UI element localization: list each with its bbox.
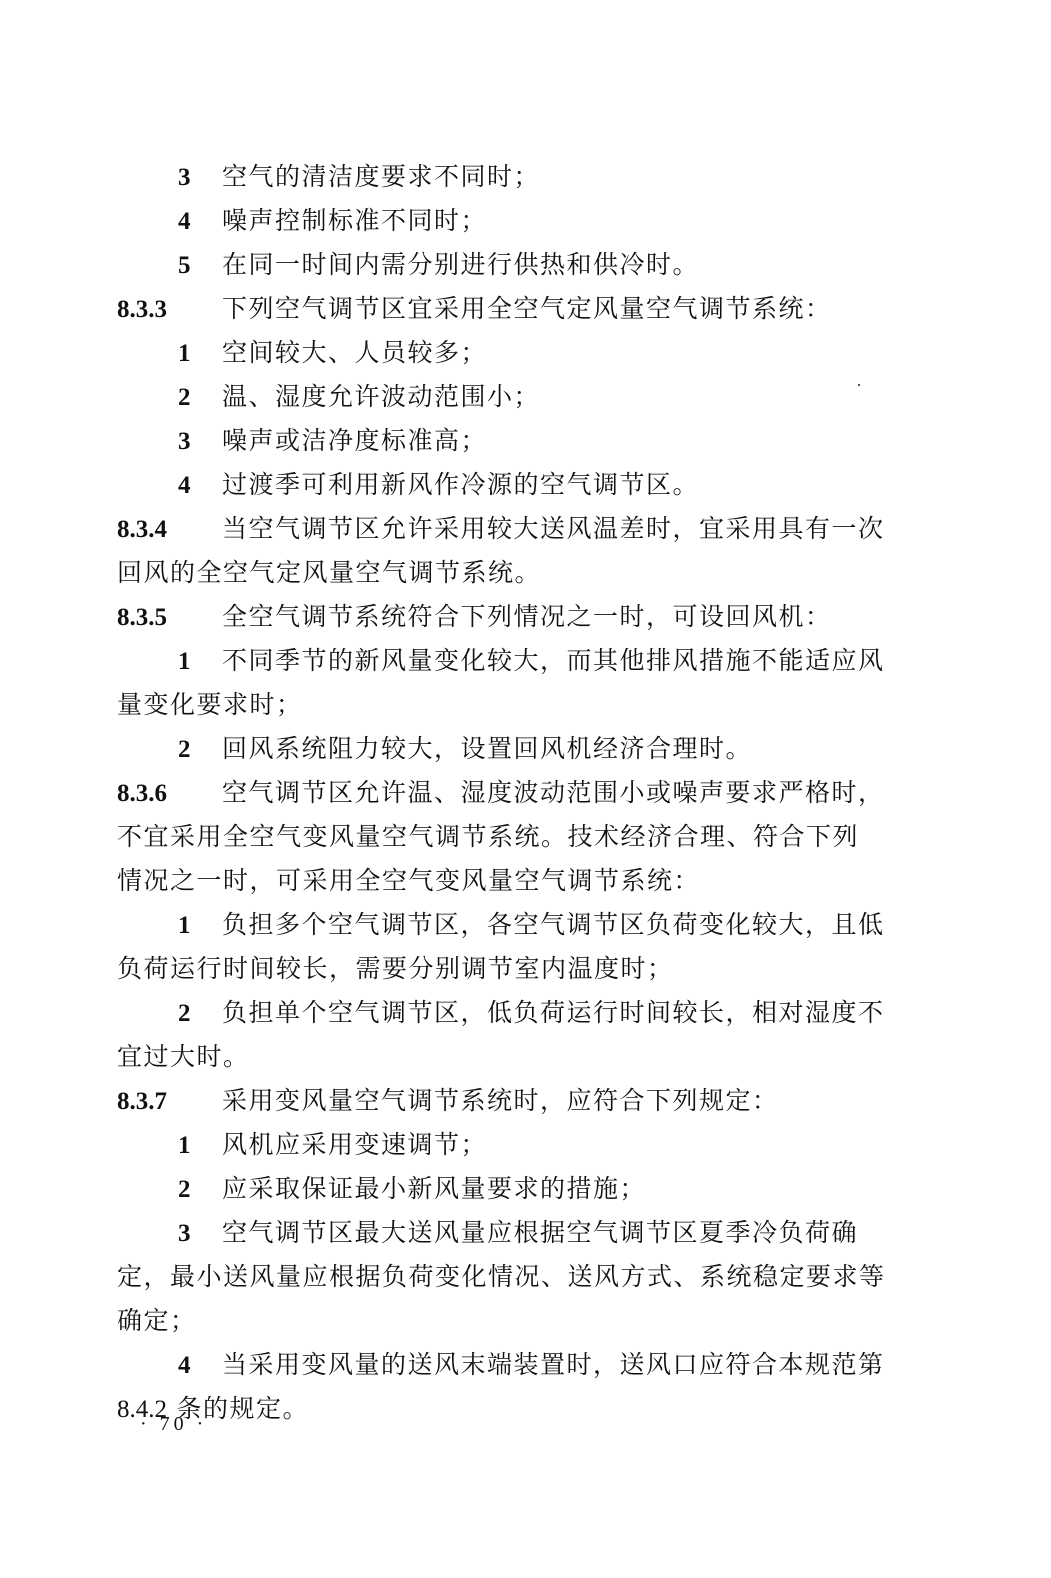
list-item: 1负担多个空气调节区，各空气调节区负荷变化较大，且低 xyxy=(117,903,937,947)
paragraph-continuation: 不宜采用全空气变风量空气调节系统。技术经济合理、符合下列 xyxy=(117,815,937,859)
paragraph-continuation: 情况之一时，可采用全空气变风量空气调节系统： xyxy=(117,859,937,903)
document-body: 3空气的清洁度要求不同时； 4噪声控制标准不同时； 5在同一时间内需分别进行供热… xyxy=(117,155,937,1431)
list-item: 4过渡季可利用新风作冷源的空气调节区。 xyxy=(117,463,937,507)
list-item: 4当采用变风量的送风末端装置时，送风口应符合本规范第 xyxy=(117,1343,937,1387)
paragraph-continuation: 负荷运行时间较长，需要分别调节室内温度时； xyxy=(117,947,937,991)
list-item: 2温、湿度允许波动范围小； xyxy=(117,375,937,419)
scan-artifact xyxy=(858,384,860,386)
paragraph-continuation: 回风的全空气定风量空气调节系统。 xyxy=(117,551,937,595)
list-item: 2回风系统阻力较大，设置回风机经济合理时。 xyxy=(117,727,937,771)
paragraph-continuation: 量变化要求时； xyxy=(117,683,937,727)
list-item: 3空气调节区最大送风量应根据空气调节区夏季冷负荷确 xyxy=(117,1211,937,1255)
clause-8-3-6: 8.3.6空气调节区允许温、湿度波动范围小或噪声要求严格时， xyxy=(117,771,937,815)
page-number: · 70 · xyxy=(140,1413,207,1436)
paragraph-continuation: 定，最小送风量应根据负荷变化情况、送风方式、系统稳定要求等 xyxy=(117,1255,937,1299)
list-item: 5在同一时间内需分别进行供热和供冷时。 xyxy=(117,243,937,287)
paragraph-continuation: 确定； xyxy=(117,1299,937,1343)
list-item: 2负担单个空气调节区，低负荷运行时间较长，相对湿度不 xyxy=(117,991,937,1035)
paragraph-continuation: 宜过大时。 xyxy=(117,1035,937,1079)
clause-8-3-3: 8.3.3下列空气调节区宜采用全空气定风量空气调节系统： xyxy=(117,287,937,331)
list-item: 3噪声或洁净度标准高； xyxy=(117,419,937,463)
list-item: 2应采取保证最小新风量要求的措施； xyxy=(117,1167,937,1211)
clause-8-3-7: 8.3.7采用变风量空气调节系统时，应符合下列规定： xyxy=(117,1079,937,1123)
list-item: 1不同季节的新风量变化较大，而其他排风措施不能适应风 xyxy=(117,639,937,683)
paragraph-continuation: 8.4.2 条的规定。 xyxy=(117,1387,937,1431)
list-item: 1风机应采用变速调节； xyxy=(117,1123,937,1167)
list-item: 4噪声控制标准不同时； xyxy=(117,199,937,243)
clause-8-3-4: 8.3.4当空气调节区允许采用较大送风温差时，宜采用具有一次 xyxy=(117,507,937,551)
list-item: 3空气的清洁度要求不同时； xyxy=(117,155,937,199)
list-item: 1空间较大、人员较多； xyxy=(117,331,937,375)
clause-8-3-5: 8.3.5全空气调节系统符合下列情况之一时，可设回风机： xyxy=(117,595,937,639)
